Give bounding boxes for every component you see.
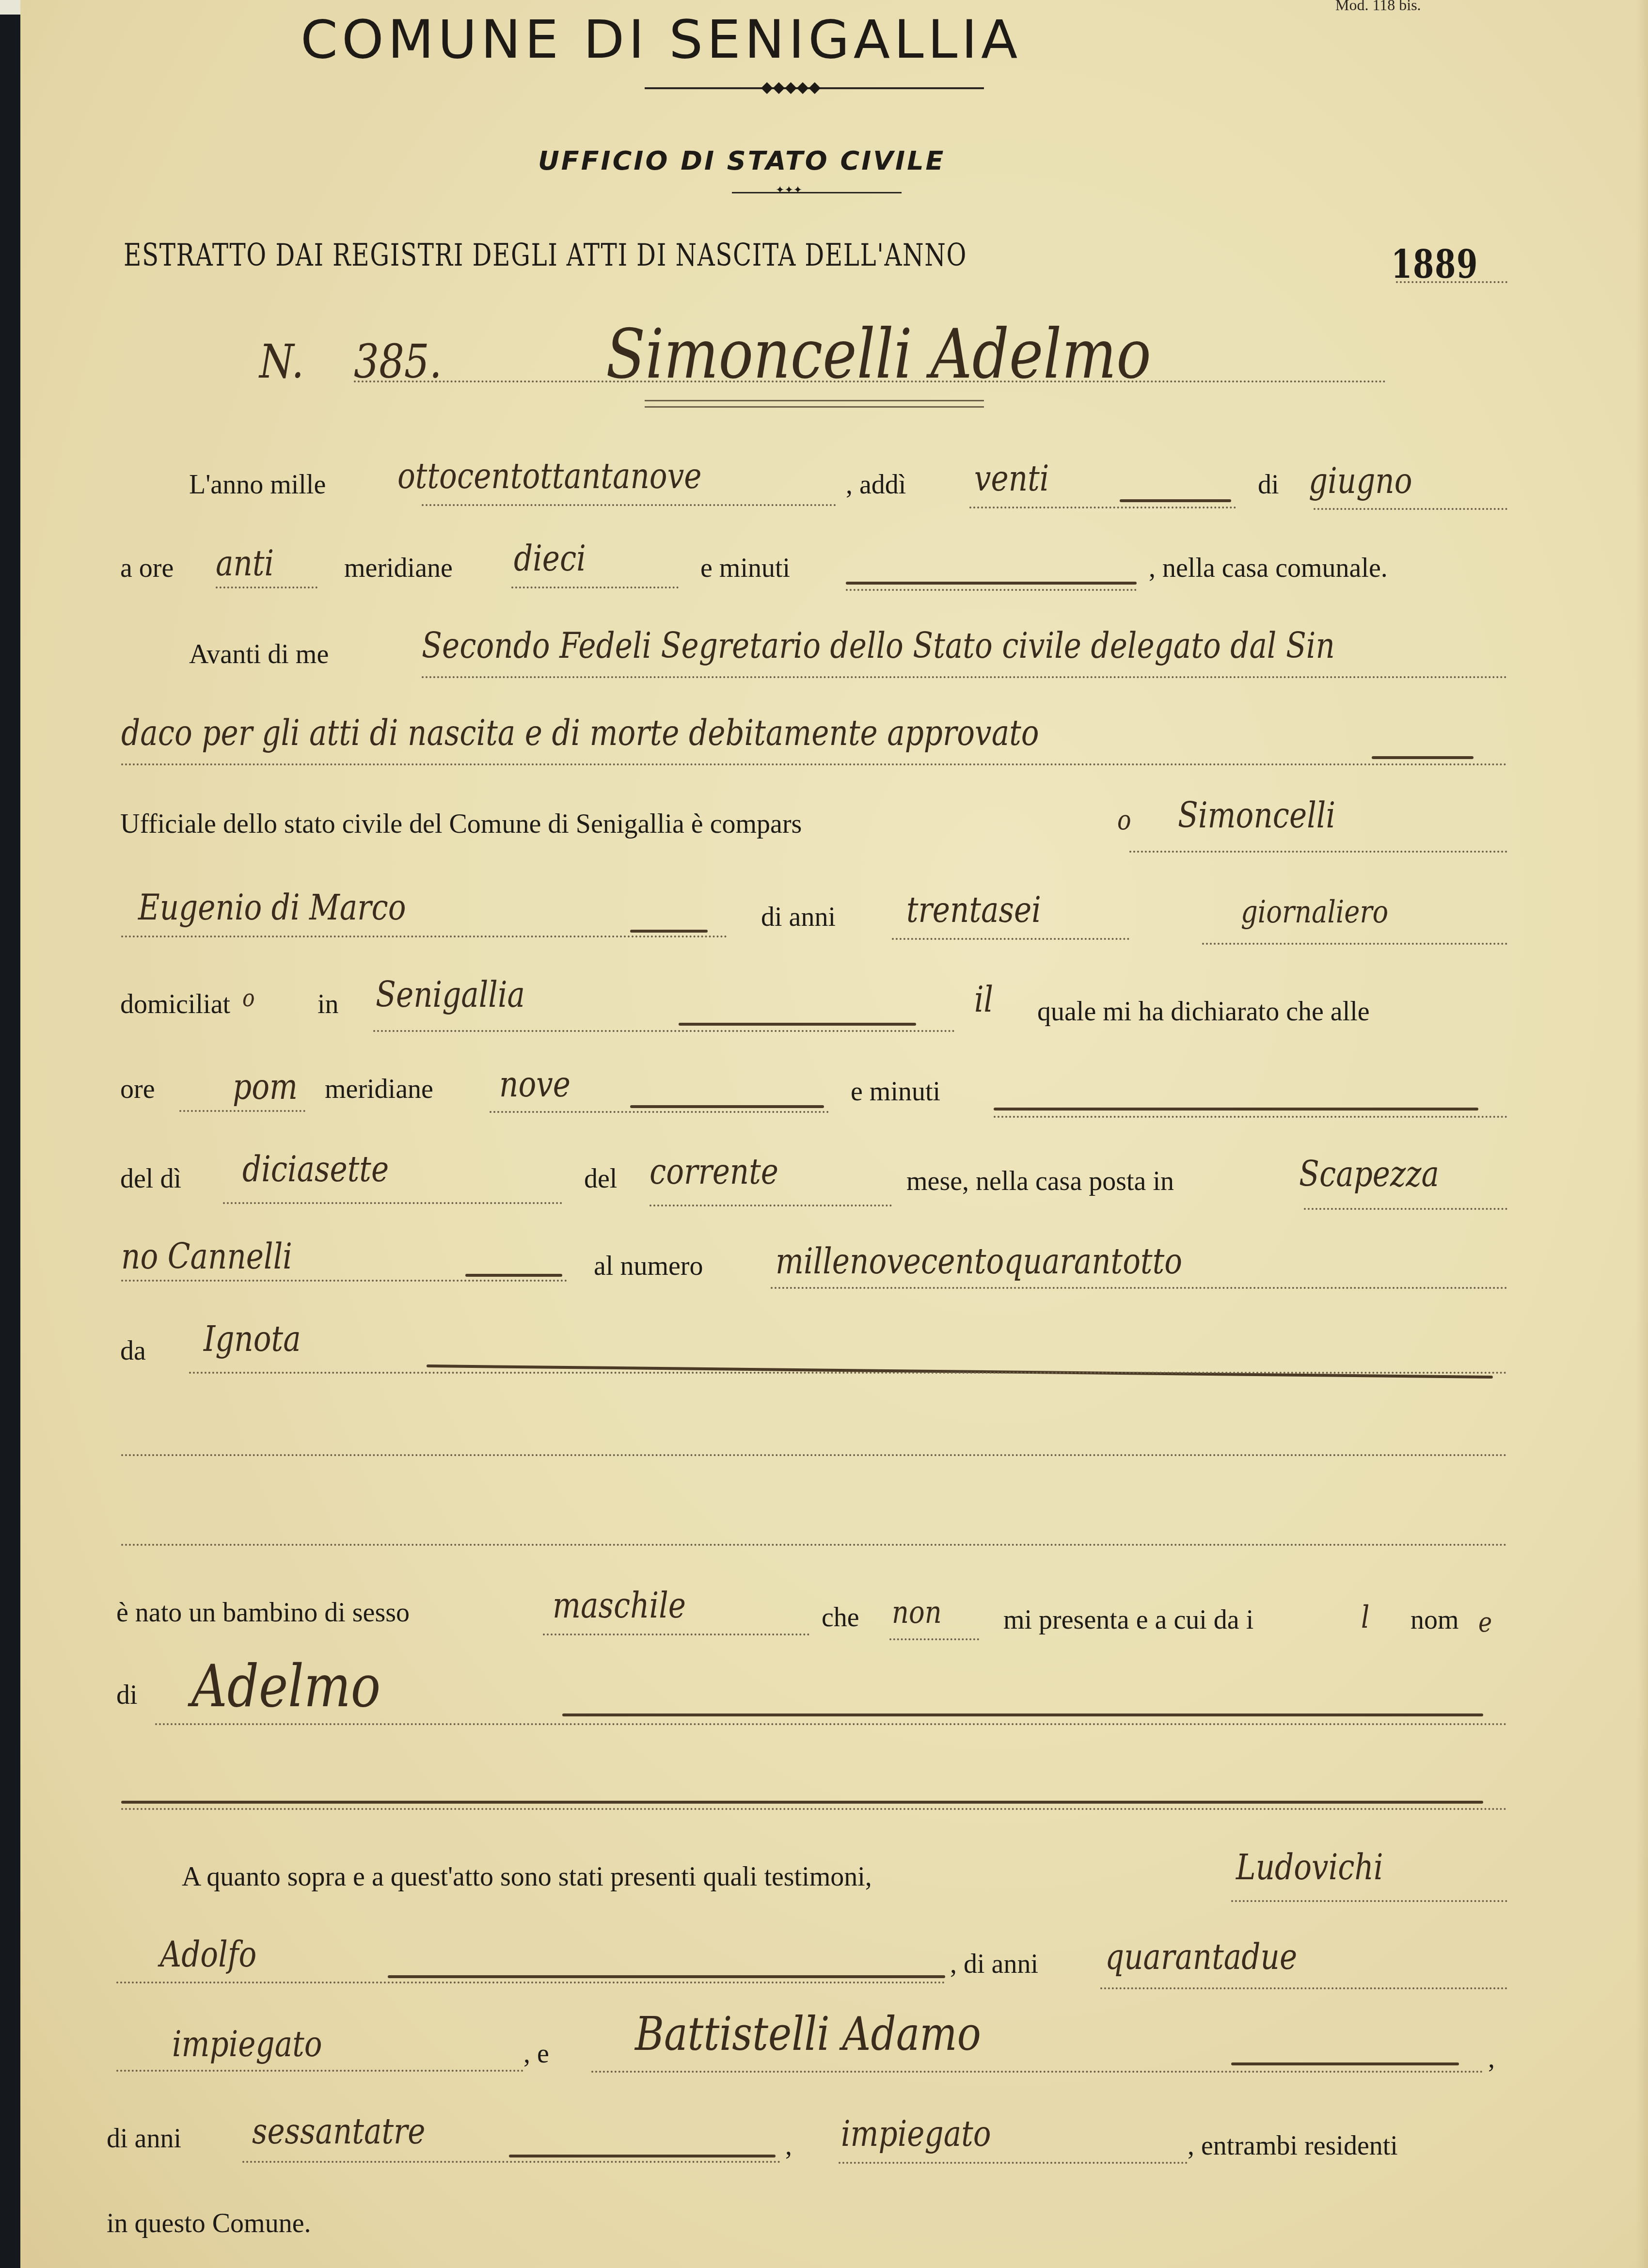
filler-dash-blank <box>121 1801 1483 1804</box>
blank-dotted-line-3 <box>121 1808 1507 1810</box>
field-domiciliat-suffix: o <box>242 984 255 1012</box>
label-al-numero: al numero <box>594 1251 703 1282</box>
field-street: Scapezza <box>1299 1154 1439 1194</box>
filler-dash-minutes-2 <box>994 1108 1478 1110</box>
label-domiciliat: domiciliat <box>120 989 230 1020</box>
dots-birth-day <box>223 1202 562 1204</box>
field-sex: maschile <box>553 1585 686 1626</box>
dots-street-cont <box>121 1280 567 1282</box>
dots-hour-2 <box>490 1111 829 1113</box>
filler-dash-witness1-name <box>388 1975 945 1978</box>
filler-dash-town <box>679 1023 916 1026</box>
label-del: del <box>584 1163 617 1194</box>
document-title: ESTRATTO DAI REGISTRI DEGLI ATTI DI NASC… <box>124 238 967 273</box>
field-mother: Ignota <box>204 1318 301 1359</box>
label-quale: quale mi ha dichiarato che alle <box>1037 996 1370 1027</box>
dots-current <box>650 1205 892 1206</box>
dots-declarant-age <box>892 938 1129 940</box>
year-dotted-line <box>1396 281 1507 283</box>
record-dotted-line <box>354 381 1386 382</box>
field-witness2-age: sessantatre <box>252 2111 425 2152</box>
label-nato-bambino: è nato un bambino di sesso <box>116 1597 410 1628</box>
label-di: di <box>1258 469 1279 500</box>
filler-dash-day <box>1120 499 1231 502</box>
label-ore: ore <box>120 1074 155 1105</box>
label-di-name: di <box>116 1680 138 1711</box>
dots-hour <box>511 587 679 588</box>
dots-street <box>1304 1208 1507 1210</box>
dots-declarant-name <box>121 936 727 937</box>
field-il-suffix: l <box>1361 1600 1369 1635</box>
dots-officer <box>422 676 1507 678</box>
field-non: non <box>892 1595 942 1631</box>
filler-dash-street <box>465 1274 562 1277</box>
label-comma: , <box>1488 2043 1495 2074</box>
field-nome-suffix: e <box>1478 1607 1492 1638</box>
dots-minutes <box>846 589 1137 591</box>
field-witness2: Battistelli Adamo <box>635 2007 981 2061</box>
field-compars-suffix: o <box>1117 805 1131 836</box>
dots-year-words <box>422 504 836 506</box>
field-hour: dieci <box>514 538 586 579</box>
dots-witness2-age <box>242 2161 780 2163</box>
dots-pom <box>179 1110 305 1112</box>
field-ante: anti <box>216 543 274 584</box>
field-day: venti <box>974 458 1049 499</box>
field-birth-day: diciasette <box>242 1149 389 1190</box>
field-witness1-age: quarantadue <box>1105 1936 1297 1977</box>
filler-dash-given-name <box>562 1713 1483 1716</box>
label-meridiane-2: meridiane <box>325 1074 433 1105</box>
dots-declarant-occupation <box>1202 943 1507 945</box>
field-officer-cont: daco per gli atti di nascita e di morte … <box>121 713 1039 753</box>
office-title: UFFICIO DI STATO CIVILE <box>538 145 945 176</box>
label-a-ore: a ore <box>120 553 174 584</box>
field-current: corrente <box>650 1151 778 1192</box>
label-da: da <box>120 1335 146 1366</box>
field-witness1-name: Adolfo <box>160 1934 256 1975</box>
label-meridiane: meridiane <box>344 553 453 584</box>
document-year: 1889 <box>1391 241 1478 287</box>
label-a-quanto-sopra: A quanto sopra e a quest'atto sono stati… <box>182 1861 872 1892</box>
label-di-anni-w1: , di anni <box>950 1949 1038 1980</box>
label-in-questo-comune: in questo Comune. <box>107 2208 311 2239</box>
label-e-minuti: e minuti <box>700 553 790 584</box>
dots-mother <box>189 1372 1507 1374</box>
dots-minutes-2 <box>994 1116 1507 1118</box>
double-rule-top <box>645 400 984 401</box>
double-rule-bottom <box>645 406 984 408</box>
field-declarant-surname: Simoncelli <box>1178 795 1335 836</box>
label-nome: nom <box>1410 1604 1459 1635</box>
blank-dotted-line-1 <box>121 1454 1507 1456</box>
ornament-divider-2 <box>732 192 902 193</box>
dots-witness2-occupation <box>839 2162 1188 2164</box>
filler-dash-declarant <box>630 930 708 933</box>
binding-edge <box>0 0 22 2268</box>
dots-day <box>969 507 1236 508</box>
filler-dash-minutes <box>846 582 1137 585</box>
record-number-prefix: N. <box>259 334 304 389</box>
dots-sex <box>543 1634 809 1635</box>
label-e-minuti-2: e minuti <box>851 1076 940 1107</box>
label-che: che <box>822 1602 859 1633</box>
dots-month <box>1314 508 1507 510</box>
label-addi: , addì <box>846 469 906 500</box>
field-year-words: ottocentottantanove <box>397 456 701 496</box>
label-e: , e <box>523 2038 549 2069</box>
field-declarant-name: Eugenio di Marco <box>138 887 406 928</box>
label-di-anni: di anni <box>761 902 836 933</box>
label-in: in <box>317 989 339 1020</box>
field-month: giugno <box>1309 460 1412 501</box>
field-witness2-occupation: impiegato <box>841 2113 991 2154</box>
model-code: Mod. 118 bis. <box>1335 0 1421 14</box>
label-del-di: del dì <box>120 1163 181 1194</box>
dots-witness1-name <box>116 1982 945 1983</box>
dots-ante <box>216 587 317 588</box>
dots-witness2 <box>591 2071 1483 2073</box>
field-house-number: millenovecentoquarantotto <box>776 1241 1182 1282</box>
field-witness1-surname: Ludovichi <box>1236 1847 1383 1887</box>
dots-declarant-surname <box>1129 851 1507 853</box>
dots-town <box>373 1030 955 1032</box>
dots-witness1-age <box>1100 1987 1507 1989</box>
label-nella-casa-comunale: , nella casa comunale. <box>1149 553 1388 584</box>
dots-house-number <box>771 1287 1507 1289</box>
filler-dash-witness2 <box>1231 2062 1459 2065</box>
field-witness1-occupation: impiegato <box>172 2024 322 2064</box>
field-declarant-age: trentasei <box>906 889 1041 930</box>
label-anno-mille: L'anno mille <box>189 469 326 500</box>
label-mese-casa-posta: mese, nella casa posta in <box>906 1166 1174 1197</box>
ornament-small-icon: ✦✦✦ <box>776 184 802 196</box>
label-presenta: mi presenta e a cui da i <box>1003 1604 1253 1635</box>
label-comma-2: , <box>785 2130 792 2161</box>
field-article: il <box>974 979 993 1020</box>
paper-right-edge <box>1636 0 1648 2268</box>
filler-dash-hour-2 <box>630 1105 824 1108</box>
blank-dotted-line-2 <box>121 1544 1507 1546</box>
label-di-anni-w2: di anni <box>107 2123 181 2154</box>
dots-witness1-surname <box>1231 1900 1507 1902</box>
label-avanti-di-me: Avanti di me <box>189 639 329 670</box>
label-ufficiale: Ufficiale dello stato civile del Comune … <box>120 809 802 840</box>
field-street-cont: no Cannelli <box>121 1236 292 1277</box>
field-hour-2: nove <box>499 1064 570 1105</box>
dots-officer-cont <box>121 763 1507 765</box>
field-given-name: Adelmo <box>191 1653 380 1720</box>
field-officer: Secondo Fedeli Segretario dello Stato ci… <box>422 625 1335 666</box>
label-entrambi-residenti: , entrambi residenti <box>1188 2130 1398 2161</box>
municipality-title: COMUNE DI SENIGALLIA <box>301 10 1022 70</box>
filler-dash-witness2-age <box>509 2155 776 2157</box>
field-town: Senigallia <box>376 974 525 1015</box>
field-pom: pom <box>233 1066 298 1107</box>
dots-witness1-occupation <box>116 2070 523 2072</box>
dots-non <box>889 1638 979 1640</box>
filler-dash-officer <box>1372 756 1474 759</box>
dots-given-name <box>155 1723 1507 1725</box>
ornament-diamonds-icon: ◆◆◆◆◆ <box>761 78 821 96</box>
field-declarant-occupation: giornaliero <box>1241 894 1388 930</box>
